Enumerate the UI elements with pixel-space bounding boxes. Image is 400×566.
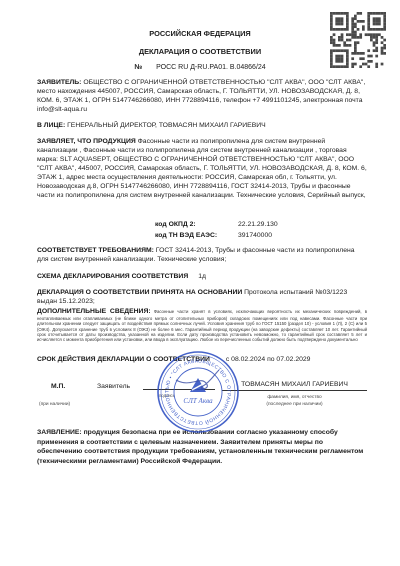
- additional-info-paragraph: ДОПОЛНИТЕЛЬНЫЕ СВЕДЕНИЯ: Фасонные части …: [37, 307, 367, 342]
- signature-line: [143, 389, 215, 390]
- qr-code-icon: [330, 12, 386, 68]
- statement-text: продукция безопасна при ее использовании…: [37, 429, 363, 465]
- okpd-label: код ОКПД 2:: [155, 220, 238, 229]
- validity-row: СРОК ДЕЙСТВИЯ ДЕКЛАРАЦИИ О СООТВЕТСТВИИ …: [37, 355, 367, 364]
- applicant-paragraph: ЗАЯВИТЕЛЬ: ОБЩЕСТВО С ОГРАНИЧЕННОЙ ОТВЕТ…: [37, 78, 367, 114]
- scheme-row: СХЕМА ДЕКЛАРИРОВАНИЯ СООТВЕТСТВИЯ 1д: [37, 272, 367, 281]
- declaration-number: № РОСС RU Д-RU.РА01. В.04866/24: [0, 64, 400, 71]
- validity-value: с 08.02.2024 по 07.02.2029: [226, 355, 311, 364]
- name-note-2: (последнее при наличии): [222, 400, 367, 409]
- requirements-label: СООТВЕТСТВУЕТ ТРЕБОВАНИЯМ:: [37, 247, 154, 254]
- person-text: ГЕНЕРАЛЬНЫЙ ДИРЕКТОР, ТОВМАСЯН МИХАИЛ ГА…: [67, 122, 266, 129]
- statement-paragraph: ЗАЯВЛЕНИЕ: продукция безопасна при ее ис…: [37, 428, 367, 466]
- scheme-value: 1д: [198, 272, 206, 281]
- stamp-place-label: М.П.: [51, 382, 65, 391]
- number-sign: №: [134, 64, 142, 71]
- tnved-label: код ТН ВЭД ЕАЭС:: [155, 231, 238, 240]
- signature-block: М.П. (при наличии) Заявитель подпись ТОВ…: [37, 374, 367, 426]
- basis-label: ДЕКЛАРАЦИЯ О СООТВЕТСТВИИ ПРИНЯТА НА ОСН…: [37, 289, 242, 296]
- additional-info-label: ДОПОЛНИТЕЛЬНЫЕ СВЕДЕНИЯ:: [37, 308, 151, 315]
- scheme-label: СХЕМА ДЕКЛАРИРОВАНИЯ СООТВЕТСТВИЯ: [37, 272, 188, 281]
- applicant-text: ОБЩЕСТВО С ОГРАНИЧЕННОЙ ОТВЕТСТВЕННОСТЬЮ…: [37, 79, 365, 113]
- product-label: ЗАЯВЛЯЕТ, ЧТО ПРОДУКЦИЯ: [37, 138, 136, 145]
- person-paragraph: В ЛИЦЕ: ГЕНЕРАЛЬНЫЙ ДИРЕКТОР, ТОВМАСЯН М…: [37, 121, 367, 130]
- basis-paragraph: ДЕКЛАРАЦИЯ О СООТВЕТСТВИИ ПРИНЯТА НА ОСН…: [37, 288, 367, 306]
- declaration-document: РОССИЙСКАЯ ФЕДЕРАЦИЯ ДЕКЛАРАЦИЯ О СООТВЕ…: [0, 0, 400, 566]
- product-text: Фасонные части из полипропилена для сист…: [37, 138, 367, 199]
- document-title: ДЕКЛАРАЦИЯ О СООТВЕТСТВИИ: [0, 47, 400, 56]
- applicant-label: ЗАЯВИТЕЛЬ:: [37, 79, 81, 86]
- okpd-value: 22.21.29.130: [238, 220, 278, 229]
- validity-label: СРОК ДЕЙСТВИЯ ДЕКЛАРАЦИИ О СООТВЕТСТВИИ: [37, 355, 210, 364]
- document-body: ЗАЯВИТЕЛЬ: ОБЩЕСТВО С ОГРАНИЧЕННОЙ ОТВЕТ…: [37, 78, 367, 473]
- product-paragraph: ЗАЯВЛЯЕТ, ЧТО ПРОДУКЦИЯ Фасонные части и…: [37, 137, 367, 200]
- person-label: В ЛИЦЕ:: [37, 122, 65, 129]
- tnved-value: 391740000: [238, 231, 272, 240]
- statement-label: ЗАЯВЛЕНИЕ:: [37, 429, 82, 436]
- okpd-row: код ОКПД 2: 22.21.29.130: [37, 220, 367, 229]
- country-header: РОССИЙСКАЯ ФЕДЕРАЦИЯ: [0, 29, 400, 38]
- applicant-role-label: Заявитель: [97, 382, 130, 391]
- name-line: [222, 390, 367, 391]
- number-value: РОСС RU Д-RU.РА01. В.04866/24: [156, 64, 266, 71]
- tnved-row: код ТН ВЭД ЕАЭС: 391740000: [37, 231, 367, 240]
- signature-note: подпись: [159, 391, 175, 400]
- signatory-name: ТОВМАСЯН МИХАИЛ ГАРИЕВИЧ: [222, 380, 367, 389]
- requirements-paragraph: СООТВЕТСТВУЕТ ТРЕБОВАНИЯМ: ГОСТ 32414-20…: [37, 246, 367, 264]
- stamp-place-note: (при наличии): [39, 400, 70, 409]
